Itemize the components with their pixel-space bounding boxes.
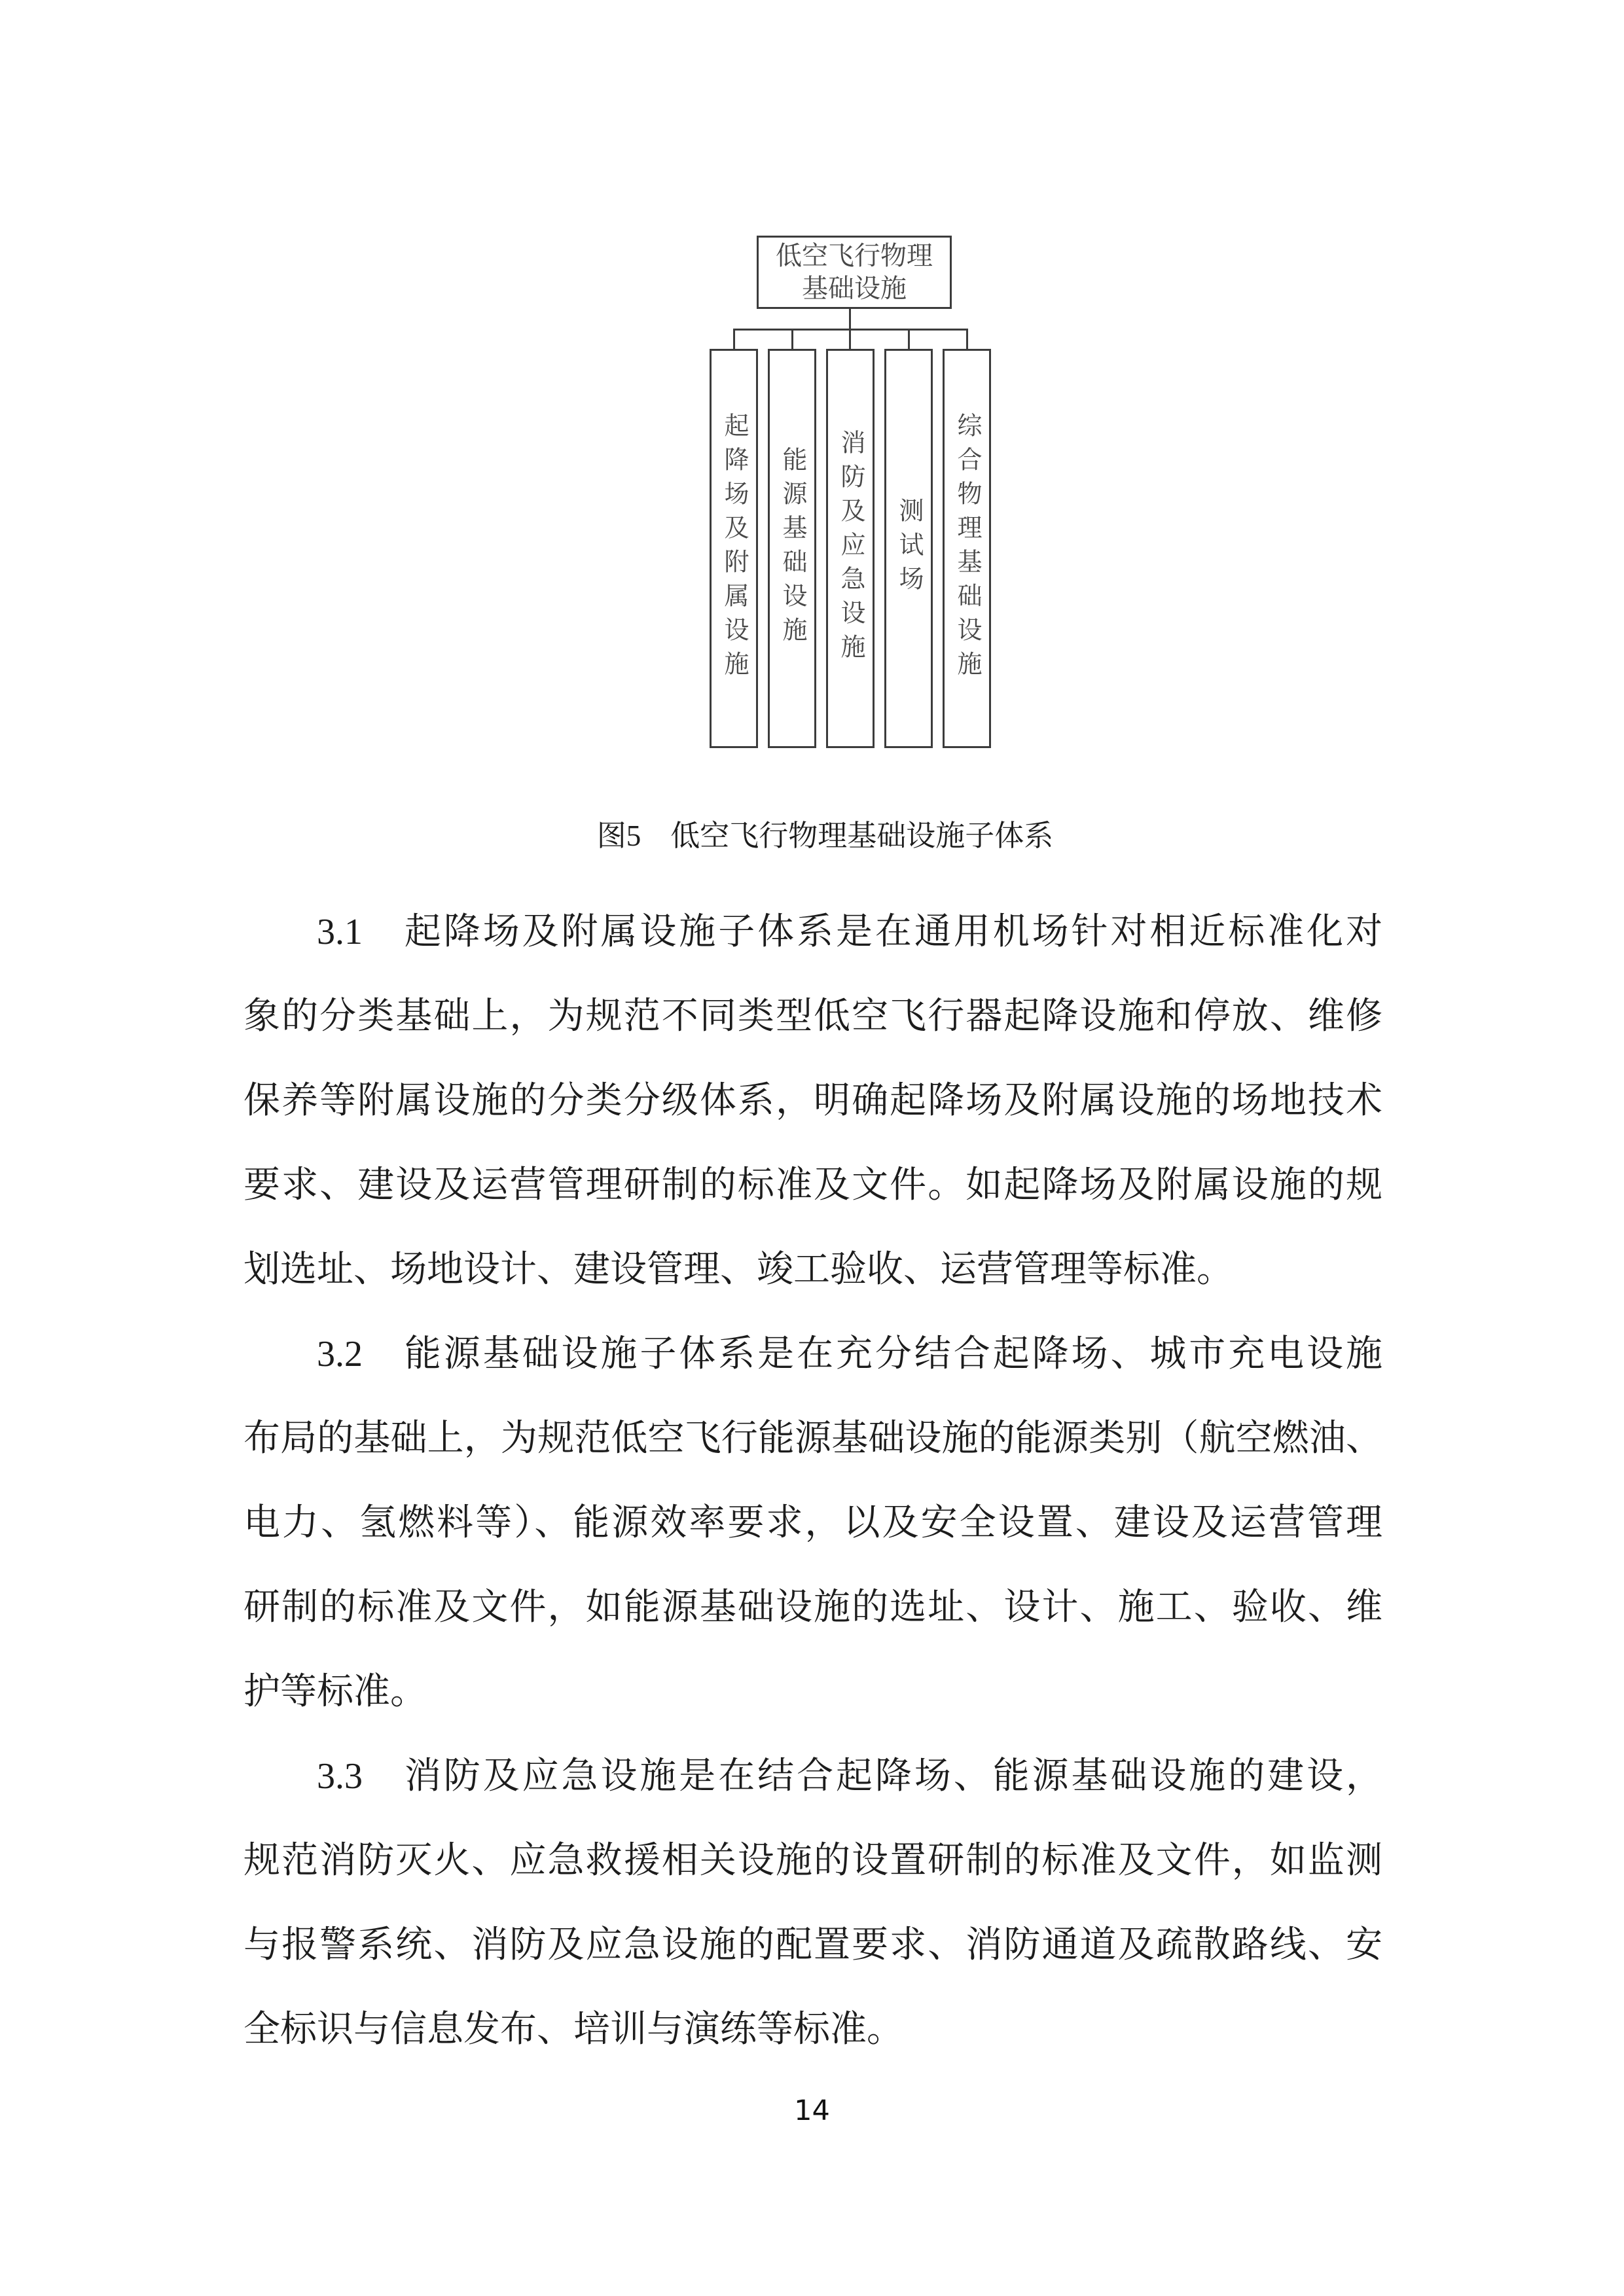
paragraph-line: 象的分类基础上，为规范不同类型低空飞行器起降设施和停放、维修 — [244, 975, 1382, 1059]
org-chart: 低空飞行物理 基础设施 起降场及附属设施 能源基础设施 消防及应急设施 测试场 … — [0, 0, 1624, 870]
org-chart-child-node: 综合物理基础设施 — [943, 349, 991, 748]
child-node-label: 消防及应急设施 — [838, 429, 863, 668]
connector-stub — [849, 329, 851, 350]
child-node-label: 综合物理基础设施 — [954, 412, 979, 685]
document-page: 低空飞行物理 基础设施 起降场及附属设施 能源基础设施 消防及应急设施 测试场 … — [0, 0, 1624, 2296]
connector-stub — [908, 329, 910, 350]
org-chart-child-node: 能源基础设施 — [768, 349, 816, 748]
page-number: 14 — [0, 2094, 1624, 2127]
root-node-label-line1: 低空飞行物理 — [776, 240, 933, 272]
paragraph-line: 划选址、场地设计、建设管理、竣工验收、运营管理等标准。 — [244, 1228, 1382, 1312]
org-chart-child-node: 起降场及附属设施 — [710, 349, 758, 748]
paragraph-line: 要求、建设及运营管理研制的标准及文件。如起降场及附属设施的规 — [244, 1143, 1382, 1228]
connector-stem — [849, 309, 851, 329]
child-node-label: 起降场及附属设施 — [721, 412, 746, 685]
paragraph-line: 3.1 起降场及附属设施子体系是在通用机场针对相近标准化对 — [244, 890, 1382, 975]
figure-caption: 图5 低空飞行物理基础设施子体系 — [0, 812, 1624, 854]
connector-stub — [733, 329, 735, 350]
paragraph-line: 全标识与信息发布、培训与演练等标准。 — [244, 1988, 1382, 2072]
paragraph-line: 电力、氢燃料等）、能源效率要求，以及安全设置、建设及运营管理 — [244, 1481, 1382, 1566]
connector-stub — [966, 329, 968, 350]
paragraph-line: 研制的标准及文件，如能源基础设施的选址、设计、施工、验收、维 — [244, 1566, 1382, 1650]
org-chart-root-node: 低空飞行物理 基础设施 — [757, 236, 952, 309]
paragraph-line: 护等标准。 — [244, 1650, 1382, 1734]
org-chart-child-node: 消防及应急设施 — [826, 349, 875, 748]
paragraph-line: 布局的基础上，为规范低空飞行能源基础设施的能源类别（航空燃油、 — [244, 1397, 1382, 1481]
paragraph-line: 3.2 能源基础设施子体系是在充分结合起降场、城市充电设施 — [244, 1312, 1382, 1397]
body-text: 3.1 起降场及附属设施子体系是在通用机场针对相近标准化对 象的分类基础上，为规… — [244, 890, 1382, 2072]
child-node-label: 测试场 — [896, 497, 921, 600]
root-node-label-line2: 基础设施 — [802, 272, 907, 305]
paragraph-line: 保养等附属设施的分类分级体系，明确起降场及附属设施的场地技术 — [244, 1059, 1382, 1143]
paragraph-line: 规范消防灭火、应急救援相关设施的设置研制的标准及文件，如监测 — [244, 1819, 1382, 1903]
paragraph-line: 3.3 消防及应急设施是在结合起降场、能源基础设施的建设， — [244, 1734, 1382, 1819]
paragraph-line: 与报警系统、消防及应急设施的配置要求、消防通道及疏散路线、安 — [244, 1903, 1382, 1988]
org-chart-child-node: 测试场 — [884, 349, 933, 748]
connector-stub — [791, 329, 793, 350]
child-node-label: 能源基础设施 — [780, 446, 804, 651]
